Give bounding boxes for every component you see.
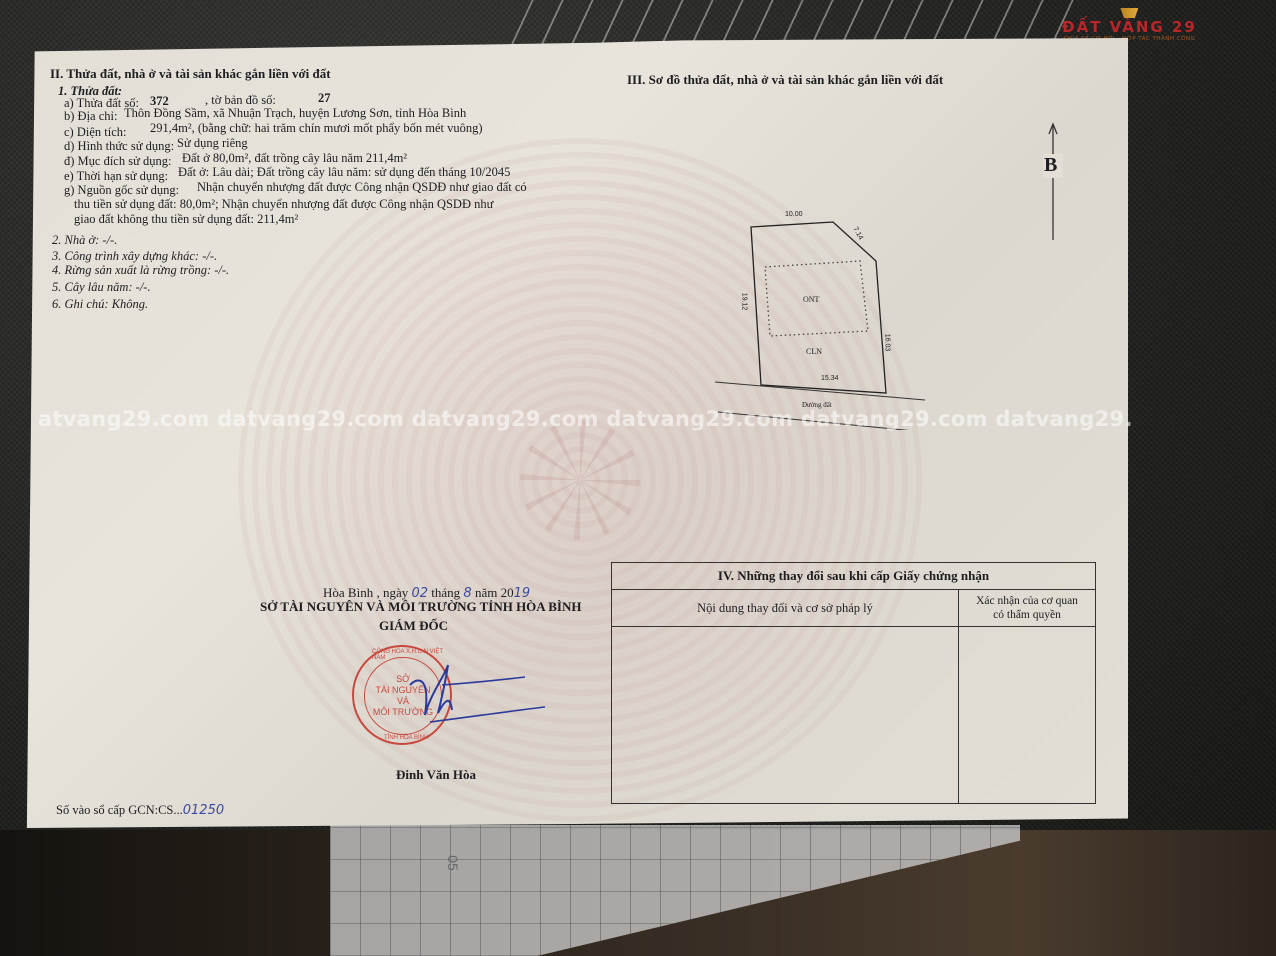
signer-name: Đinh Văn Hòa xyxy=(396,767,476,783)
term-label: e) Thời hạn sử dụng: xyxy=(64,169,168,184)
north-arrow: B xyxy=(1040,120,1070,250)
edge-bottom-length: 15.34 xyxy=(821,375,839,382)
column-change-content: Nội dung thay đổi và cơ sở pháp lý xyxy=(612,590,959,626)
signer-position: GIÁM ĐỐC xyxy=(379,618,448,634)
zone-cln-label: CLN xyxy=(806,347,822,356)
signature xyxy=(390,655,550,740)
origin-line-1: Nhận chuyển nhượng đất được Công nhận QS… xyxy=(197,180,527,195)
sleeve-label: 05 xyxy=(445,855,461,871)
column-authority-confirmation: Xác nhận của cơ quancó thẩm quyền xyxy=(959,590,1095,626)
changes-table-header: Nội dung thay đổi và cơ sở pháp lý Xác n… xyxy=(612,590,1095,627)
watermark-text: atvang29.com datvang29.com datvang29.com… xyxy=(38,407,1133,431)
area: 291,4m², (bằng chữ: hai trăm chín mươi m… xyxy=(150,121,483,136)
origin-label: g) Nguồn gốc sử dụng: xyxy=(64,183,179,198)
changes-table: IV. Những thay đổi sau khi cấp Giấy chứn… xyxy=(611,562,1096,804)
purpose: Đất ở 80,0m², đất trồng cây lâu năm 211,… xyxy=(182,151,407,166)
form-label: d) Hình thức sử dụng: xyxy=(64,139,174,154)
address-label: b) Địa chỉ: xyxy=(64,109,117,124)
origin-line-3: giao đất không thu tiền sử dụng đất: 211… xyxy=(74,212,298,227)
month-label: tháng xyxy=(431,585,460,600)
brand-logo: ĐẤT VÀNG 29 CHIA SẺ CƠ HỘI - HỢP TÁC THÀ… xyxy=(1062,8,1197,42)
confirmation-cell xyxy=(959,627,1095,803)
registry-number: 01250 xyxy=(183,803,224,818)
section2-title: II. Thửa đất, nhà ở và tài sản khác gắn … xyxy=(50,66,331,82)
date-prefix: Hòa Bình , ngày xyxy=(323,585,408,600)
other-construction-row: 3. Công trình xây dựng khác: -/-. xyxy=(52,249,217,264)
planted-forest-row: 4. Rừng sản xuất là rừng trồng: -/-. xyxy=(52,263,229,278)
address: Thôn Đồng Sầm, xã Nhuận Trạch, huyện Lươ… xyxy=(124,106,466,121)
col2-line-2: có thẩm quyền xyxy=(993,609,1061,621)
origin-line-2: thu tiền sử dụng đất: 80,0m²; Nhận chuyể… xyxy=(74,197,493,212)
section3-title: III. Sơ đồ thửa đất, nhà ở và tài sản kh… xyxy=(627,72,943,88)
house-row: 2. Nhà ở: -/-. xyxy=(52,233,117,248)
map-sheet: 27 xyxy=(318,91,331,106)
changes-table-body xyxy=(612,627,1095,803)
cube-icon xyxy=(1120,8,1138,18)
registry-label: Số vào sổ cấp GCN:CS... xyxy=(56,803,183,817)
north-label: B xyxy=(1044,154,1057,177)
brand-name: ĐẤT VÀNG 29 xyxy=(1062,18,1197,36)
parcel-diagram: 10.00 7.14 19.12 16.03 15.34 ONT CLN Đườ… xyxy=(700,200,940,435)
registry-number-row: Số vào sổ cấp GCN:CS...01250 xyxy=(56,803,224,818)
note-row: 6. Ghi chú: Không. xyxy=(52,297,148,312)
edge-left-length: 19.12 xyxy=(740,293,747,311)
edge-top-length: 10.00 xyxy=(785,211,803,218)
form: Sử dụng riêng xyxy=(177,136,248,151)
issuing-authority: SỞ TÀI NGUYÊN VÀ MÔI TRƯỜNG TỈNH HÒA BÌN… xyxy=(260,599,581,615)
purpose-label: đ) Mục đích sử dụng: xyxy=(64,154,171,169)
change-content-cell xyxy=(612,627,959,803)
year-label: năm 20 xyxy=(475,585,514,600)
edge-right-length: 16.03 xyxy=(883,334,890,352)
term: Đất ở: Lâu dài; Đất trồng cây lâu năm: s… xyxy=(178,165,510,180)
changes-table-title: IV. Những thay đổi sau khi cấp Giấy chứn… xyxy=(612,563,1095,590)
area-label: c) Diện tích: xyxy=(64,125,126,140)
perennial-row: 5. Cây lâu năm: -/-. xyxy=(52,280,151,295)
col2-line-1: Xác nhận của cơ quan xyxy=(976,595,1078,607)
drum-star-icon xyxy=(520,420,640,540)
zone-ont-label: ONT xyxy=(803,295,819,304)
